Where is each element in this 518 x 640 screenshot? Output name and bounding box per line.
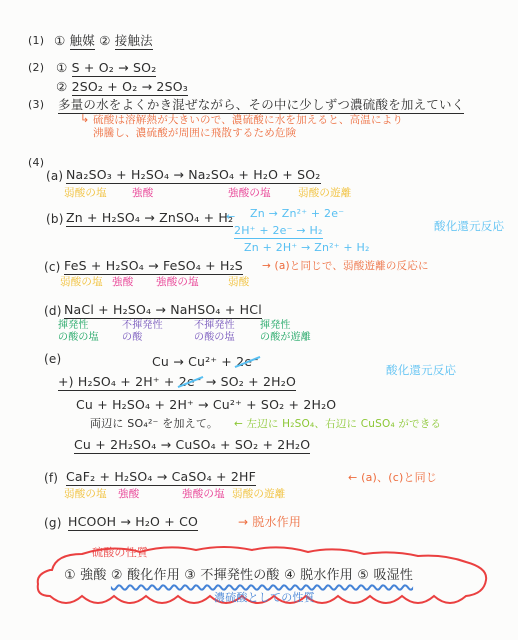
summary-conc-note: 濃硫酸としての性質 xyxy=(214,591,315,604)
e-sum-ionic: Cu + H₂SO₄ + 2H⁺ → Cu²⁺ + SO₂ + 2H₂O xyxy=(76,397,336,412)
label-c-strong-acid-salt: 強酸の塩 xyxy=(156,276,199,289)
b-sum-reaction: Zn + 2H⁺ → Zn²⁺ + H₂ xyxy=(244,241,370,254)
label-a-weak-acid-freed: 弱酸の遊離 xyxy=(298,187,352,200)
f-note-same-as-ac: ← (a)、(c)と同じ xyxy=(348,471,437,484)
marker-4f: (f) xyxy=(44,471,58,485)
label-d-volatile-acid-salt: 揮発性 の酸の塩 xyxy=(58,320,99,344)
e-halfreaction-so2: +) H₂SO₄ + 2H⁺ + 2e⁻ → SO₂ + 2H₂O xyxy=(58,374,296,391)
eq-f: CaF₂ + H₂SO₄ → CaSO₄ + 2HF xyxy=(66,469,256,486)
label-c-weak-acid-salt: 弱酸の塩 xyxy=(60,276,103,289)
eq-a: Na₂SO₃ + H₂SO₄ → Na₂SO₄ + H₂O + SO₂ xyxy=(66,167,321,184)
eq-b: Zn + H₂SO₄ → ZnSO₄ + H₂ xyxy=(66,210,233,227)
marker-3: (3) xyxy=(28,98,44,111)
label-f-weak-acid-salt: 弱酸の塩 xyxy=(64,488,107,501)
label-d-nonvolatile-acid-salt: 不揮発性 の酸の塩 xyxy=(194,320,235,344)
cloud-title: 硫酸の性質 xyxy=(92,546,148,559)
marker-4g: (g) xyxy=(44,516,62,530)
marker-4a: (a) xyxy=(46,169,63,183)
b-halfreaction-zn: Zn → Zn²⁺ + 2e⁻ xyxy=(250,207,344,220)
note-dilution-danger: 硫酸は溶解熱が大きいので、濃硫酸に水を加えると、高温により 沸騰し、濃硫酸が周囲… xyxy=(93,114,403,139)
label-d-nonvolatile-acid: 不揮発性 の酸 xyxy=(122,320,163,344)
e-note-redox: 酸化還元反応 xyxy=(386,364,456,378)
eq-d: NaCl + H₂SO₄ → NaHSO₄ + HCl xyxy=(64,302,262,319)
label-a-weak-acid-salt: 弱酸の塩 xyxy=(64,187,107,200)
marker-4: (4) xyxy=(28,156,44,169)
label-f-strong-acid: 強酸 xyxy=(118,488,139,501)
b-arrow: ← xyxy=(226,210,235,223)
e-final-equation: Cu + 2H₂SO₄ → CuSO₄ + SO₂ + 2H₂O xyxy=(74,437,310,454)
marker-4b: (b) xyxy=(46,212,64,226)
b-halfreaction-h: 2H⁺ + 2e⁻ → H₂ xyxy=(234,224,323,239)
line-2-eq1: ① S + O₂ → SO₂ xyxy=(56,60,156,75)
label-a-strong-acid-salt: 強酸の塩 xyxy=(228,187,271,200)
b-note-redox: 酸化還元反応 xyxy=(434,220,504,234)
marker-4c: (c) xyxy=(44,260,61,274)
eq-c: FeS + H₂SO₄ → FeSO₄ + H₂S xyxy=(64,258,243,275)
marker-4e: (e) xyxy=(44,352,61,366)
line-3-dilution: 多量の水をよくかき混ぜながら、その中に少しずつ濃硫酸を加えていく xyxy=(58,97,464,114)
label-f-weak-acid-freed: 弱酸の遊離 xyxy=(232,488,286,501)
note-arrow: ↳ xyxy=(80,112,89,125)
e-add-sulfate: 両辺に SO₄²⁻ を加えて。 xyxy=(90,417,218,430)
marker-1: (1) xyxy=(28,34,44,47)
label-f-strong-acid-salt: 強酸の塩 xyxy=(182,488,225,501)
label-a-strong-acid: 強酸 xyxy=(132,187,153,200)
label-c-weak-acid: 弱酸 xyxy=(228,276,249,289)
c-note-same-as-a: → (a)と同じで、弱酸遊離の反応に xyxy=(262,260,429,273)
notebook-page: (1)① 触媒 ② 接触法(2)① S + O₂ → SO₂② 2SO₂ + O… xyxy=(0,0,518,640)
line-2-eq2: ② 2SO₂ + O₂ → 2SO₃ xyxy=(56,79,188,94)
e-note-sulfate: ← 左辺に H₂SO₄、右辺に CuSO₄ ができる xyxy=(234,418,441,431)
label-d-volatile-acid-freed: 揮発性 の酸が遊離 xyxy=(260,320,311,344)
e-halfreaction-cu: Cu → Cu²⁺ + 2e⁻ xyxy=(152,354,259,369)
eq-g: HCOOH → H₂O + CO xyxy=(68,514,198,531)
marker-4d: (d) xyxy=(44,304,62,318)
marker-2: (2) xyxy=(28,61,44,74)
g-note-dehydration: → 脱水作用 xyxy=(238,515,301,529)
line-1-answers: ① 触媒 ② 接触法 xyxy=(54,33,153,48)
label-c-strong-acid: 強酸 xyxy=(112,276,133,289)
summary-properties: ① 強酸 ② 酸化作用 ③ 不揮発性の酸 ④ 脱水作用 ⑤ 吸湿性 xyxy=(64,568,413,584)
